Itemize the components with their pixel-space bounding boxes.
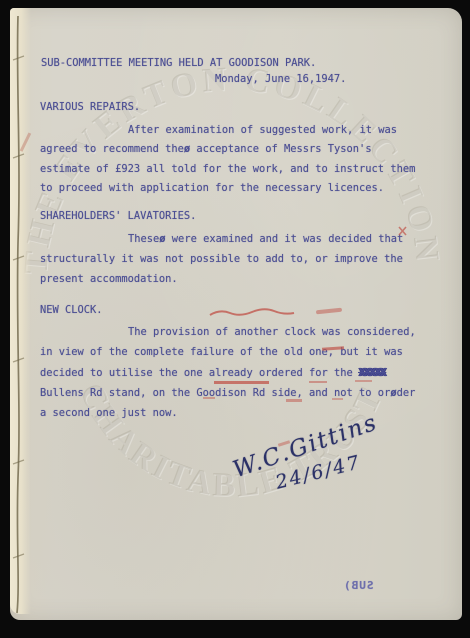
paragraph-line: in view of the complete failure of the o… xyxy=(40,346,403,358)
paragraph-line: Bullens Rd stand, on the Goodison Rd sid… xyxy=(40,387,415,399)
red-pencil-mark xyxy=(316,308,342,315)
line-text: der xyxy=(397,387,416,399)
struck-out-word: XXXXX xyxy=(359,367,385,379)
line-text: acceptance of Messrs Tyson's xyxy=(190,143,371,155)
line-text: estimate of £923 all told for the work, … xyxy=(40,163,415,175)
red-pencil-x-mark xyxy=(398,226,407,236)
line-text: were examined and it was decided that xyxy=(166,233,404,245)
document-page: THE EVERTON COLLECTION THE EVERTON COLLE… xyxy=(10,8,462,620)
red-pencil-mark xyxy=(332,398,343,400)
doc-title-line: SUB-COMMITTEE MEETING HELD AT GOODISON P… xyxy=(41,57,316,69)
paragraph-line: structurally it was not possible to add … xyxy=(40,253,403,265)
red-pencil-underline xyxy=(214,381,269,384)
binding-edge xyxy=(10,8,31,614)
heading-text: VARIOUS REPAIRS. xyxy=(40,101,140,113)
line-text: to proceed with application for the nece… xyxy=(40,182,384,194)
line-text: These xyxy=(128,233,159,245)
heading-shareholders-lavatories: SHAREHOLDERS' LAVATORIES. xyxy=(40,210,196,222)
paragraph-line: After examination of suggested work, it … xyxy=(128,124,397,136)
doc-date-text: Monday, June 16,1947. xyxy=(215,73,346,85)
line-text: structurally it was not possible to add … xyxy=(40,253,403,265)
line-text: agreed to recommend the xyxy=(40,143,184,155)
red-pencil-mark xyxy=(203,397,215,399)
doc-title-text: SUB-COMMITTEE MEETING HELD AT GOODISON P… xyxy=(41,57,316,69)
line-text: The provision of another clock was consi… xyxy=(128,326,416,338)
binding-thread xyxy=(10,8,34,620)
paragraph-line: decided to utilise the one already order… xyxy=(40,367,385,379)
heading-various-repairs: VARIOUS REPAIRS. xyxy=(40,101,140,113)
doc-date-line: Monday, June 16,1947. xyxy=(215,73,346,85)
line-text: in view of the complete failure of the o… xyxy=(40,346,403,358)
heading-text: NEW CLOCK. xyxy=(40,304,103,316)
paragraph-line: Theseø were examined and it was decided … xyxy=(128,233,403,245)
heading-new-clock: NEW CLOCK. xyxy=(40,304,103,316)
red-pencil-squiggle xyxy=(208,307,298,319)
paragraph-line: present accommodation. xyxy=(40,273,178,285)
line-text: present accommodation. xyxy=(40,273,178,285)
red-pencil-mark xyxy=(286,399,302,402)
line-text: a second one just now. xyxy=(40,407,178,419)
paragraph-line: agreed to recommend theø acceptance of M… xyxy=(40,143,372,155)
heading-text: SHAREHOLDERS' LAVATORIES. xyxy=(40,210,196,222)
paragraph-line: The provision of another clock was consi… xyxy=(128,326,416,338)
red-pencil-mark xyxy=(355,380,372,382)
paragraph-line: to proceed with application for the nece… xyxy=(40,182,384,194)
paragraph-line: a second one just now. xyxy=(40,407,178,419)
line-text: After examination of suggested work, it … xyxy=(128,124,397,136)
photo-frame: THE EVERTON COLLECTION THE EVERTON COLLE… xyxy=(0,0,470,638)
line-text: decided to utilise the one already order… xyxy=(40,367,359,379)
red-pencil-mark xyxy=(309,381,327,383)
bleed-through-text: SUB) xyxy=(343,579,374,592)
paragraph-line: estimate of £923 all told for the work, … xyxy=(40,163,415,175)
